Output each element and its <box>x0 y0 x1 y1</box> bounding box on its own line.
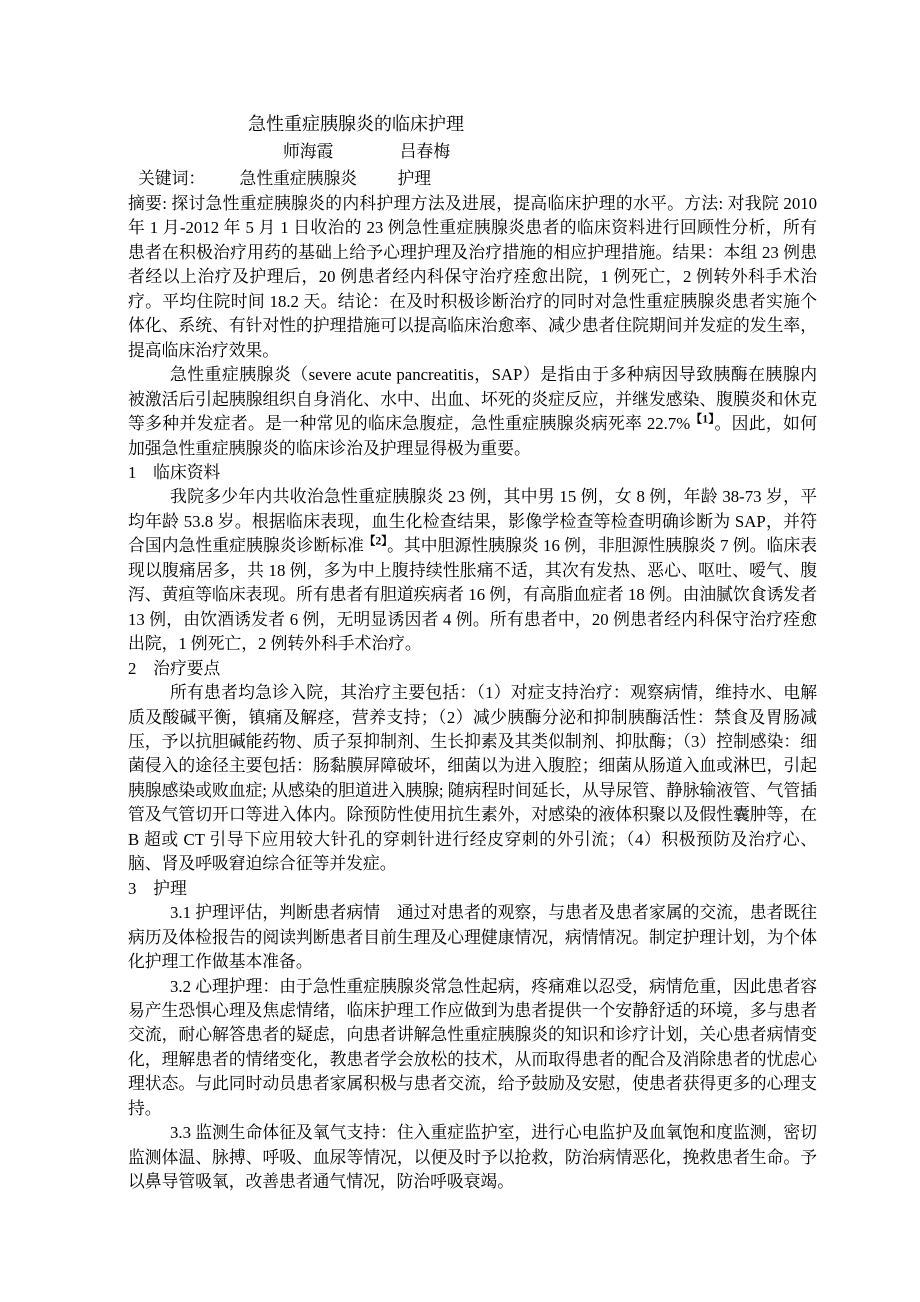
paragraph: 3.1 护理评估，判断患者病情 通过对患者的观察，与患者及患者家属的交流，患者既… <box>128 901 817 974</box>
keywords-label: 关键词： <box>138 169 205 188</box>
reference-marker: 【2】 <box>364 536 387 548</box>
keyword-item: 护理 <box>397 169 431 188</box>
section-heading: 1 临床资料 <box>128 461 817 485</box>
paragraph: 3.3 监测生命体征及氧气支持：住入重症监护室，进行心电监护及血氧饱和度监测，密… <box>128 1121 817 1194</box>
section-heading: 3 护理 <box>128 877 817 901</box>
author-name: 师海霞 <box>283 142 333 161</box>
reference-marker: 【1】 <box>690 413 714 425</box>
document-page: 急性重症胰腺炎的临床护理 师海霞 吕春梅 关键词： 急性重症胰腺炎 护理 摘要:… <box>0 0 920 1302</box>
paragraph: 摘要: 探讨急性重症胰腺炎的内科护理方法及进展，提高临床护理的水平。方法: 对我… <box>128 192 817 363</box>
paragraph: 急性重症胰腺炎（severe acute pancreatitis，SAP）是指… <box>128 363 817 461</box>
author-name: 吕春梅 <box>400 142 450 161</box>
keywords-line: 关键词： 急性重症胰腺炎 护理 <box>128 165 817 192</box>
authors-line: 师海霞 吕春梅 <box>128 138 817 165</box>
document-title: 急性重症胰腺炎的临床护理 <box>128 111 817 138</box>
paragraph: 我院多少年内共收治急性重症胰腺炎 23 例，其中男 15 例，女 8 例，年龄 … <box>128 485 817 656</box>
paragraph: 所有患者均急诊入院，其治疗主要包括：（1）对症支持治疗：观察病情，维持水、电解质… <box>128 681 817 877</box>
keyword-item: 急性重症胰腺炎 <box>240 169 357 188</box>
section-heading: 2 治疗要点 <box>128 657 817 681</box>
document-body: 摘要: 探讨急性重症胰腺炎的内科护理方法及进展，提高临床护理的水平。方法: 对我… <box>128 192 817 1195</box>
paragraph: 3.2 心理护理：由于急性重症胰腺炎常急性起病，疼痛难以忍受，病情危重，因此患者… <box>128 975 817 1122</box>
document-content: 急性重症胰腺炎的临床护理 师海霞 吕春梅 关键词： 急性重症胰腺炎 护理 摘要:… <box>128 111 817 1195</box>
